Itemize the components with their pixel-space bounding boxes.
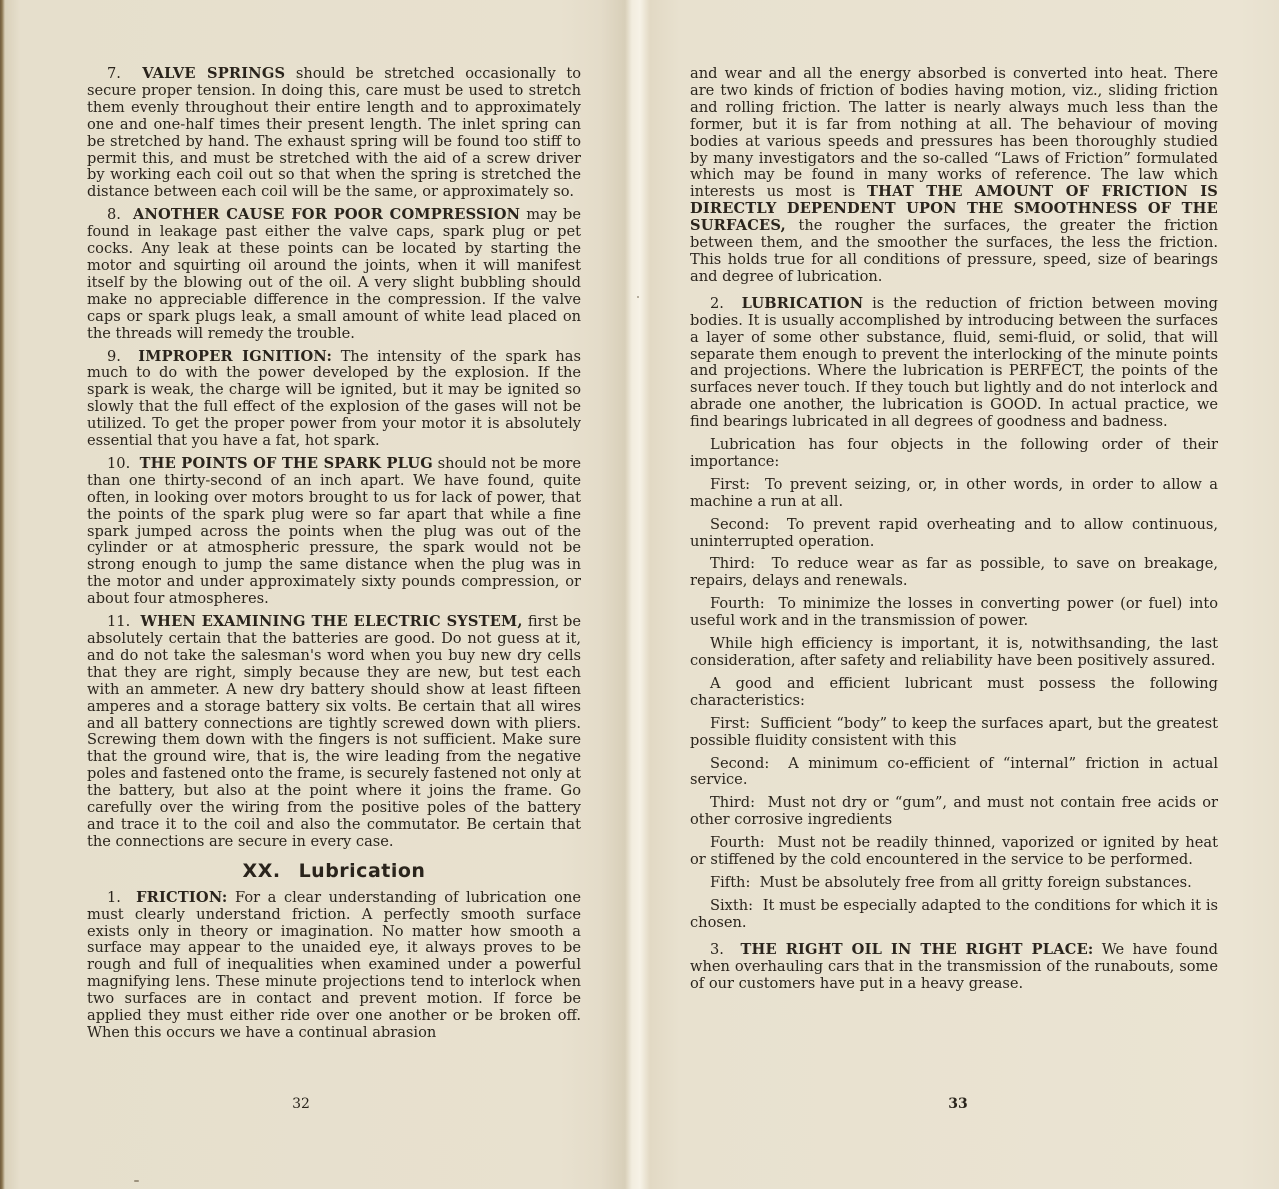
characteristic-text: A minimum co-efficient of “internal” fri… xyxy=(690,755,1218,789)
object-text: To prevent seizing, or, in other words, … xyxy=(690,476,1218,510)
paragraph-number: 11. xyxy=(107,613,130,630)
paragraph-text: should be stretched occasionally to secu… xyxy=(87,65,581,200)
characteristic-text: Must not be readily thinned, vaporized o… xyxy=(690,834,1218,868)
object-text: To prevent rapid overheating and to allo… xyxy=(690,516,1218,550)
characteristic-label: Fourth: xyxy=(710,834,765,851)
paragraph-spark-plug-points: 10. THE POINTS OF THE SPARK PLUG should … xyxy=(87,456,581,608)
object-label: Third: xyxy=(710,555,755,572)
paragraph-valve-springs: 7. VALVE SPRINGS should be stretched occ… xyxy=(87,66,581,201)
object-item: Fourth: To minimize the losses in conver… xyxy=(690,596,1218,630)
page-number-right: 33 xyxy=(928,1096,988,1112)
paragraph-efficiency-note: While high efficiency is important, it i… xyxy=(690,636,1218,670)
paragraph-text: may be found in leakage past either the … xyxy=(87,206,581,341)
paragraph-number: 1. xyxy=(107,889,121,906)
chapter-title: XX.Lubrication xyxy=(87,863,581,880)
object-item: First: To prevent seizing, or, in other … xyxy=(690,477,1218,511)
characteristic-item: Sixth: It must be especially adapted to … xyxy=(690,898,1218,932)
page-number-left: 32 xyxy=(271,1096,331,1112)
characteristic-item: Fourth: Must not be readily thinned, vap… xyxy=(690,835,1218,869)
paragraph-text: is the reduction of friction between mov… xyxy=(690,295,1218,430)
paragraph-heading: FRICTION: xyxy=(136,889,227,906)
paragraph-number: 8. xyxy=(107,206,121,223)
paragraph-number: 10. xyxy=(107,455,130,472)
paragraph-number: 7. xyxy=(107,65,121,82)
paragraph-lubrication: 2. LUBRICATION is the reduction of frict… xyxy=(690,296,1218,431)
object-text: To reduce wear as far as possible, to sa… xyxy=(690,555,1218,589)
paragraph-heading: IMPROPER IGNITION: xyxy=(138,348,332,365)
paragraph-heading: THE RIGHT OIL IN THE RIGHT PLACE: xyxy=(740,941,1093,958)
characteristic-item: Third: Must not dry or “gum”, and must n… xyxy=(690,795,1218,829)
chapter-name: Lubrication xyxy=(299,860,426,882)
paragraph-friction: 1. FRICTION: For a clear understanding o… xyxy=(87,890,581,1042)
paragraph-heading: VALVE SPRINGS xyxy=(142,65,285,82)
object-item: Third: To reduce wear as far as possible… xyxy=(690,556,1218,590)
paper-speck xyxy=(637,296,639,298)
object-text: To minimize the losses in converting pow… xyxy=(690,595,1218,629)
characteristic-label: First: xyxy=(710,715,750,732)
left-page: 7. VALVE SPRINGS should be stretched occ… xyxy=(87,66,581,1048)
paragraph-electric-system: 11. WHEN EXAMINING THE ELECTRIC SYSTEM, … xyxy=(87,614,581,851)
characteristic-label: Second: xyxy=(710,755,769,772)
characteristic-item: Fifth: Must be absolutely free from all … xyxy=(690,875,1218,892)
paragraph-number: 3. xyxy=(710,941,724,958)
characteristic-label: Fifth: xyxy=(710,874,750,891)
paragraph-heading: ANOTHER CAUSE FOR POOR COMPRESSION xyxy=(133,206,520,223)
paragraph-objects-intro: Lubrication has four objects in the foll… xyxy=(690,437,1218,471)
characteristic-item: First: Sufficient “body” to keep the sur… xyxy=(690,716,1218,750)
paragraph-friction-continued: and wear and all the energy absorbed is … xyxy=(690,66,1218,286)
paragraph-poor-compression: 8. ANOTHER CAUSE FOR POOR COMPRESSION ma… xyxy=(87,207,581,342)
paragraph-text: and wear and all the energy absorbed is … xyxy=(690,65,1218,200)
paragraph-improper-ignition: 9. IMPROPER IGNITION: The intensity of t… xyxy=(87,349,581,450)
paragraph-number: 9. xyxy=(107,348,121,365)
characteristic-item: Second: A minimum co-efficient of “inter… xyxy=(690,756,1218,790)
object-label: First: xyxy=(710,476,750,493)
paragraph-number: 2. xyxy=(710,295,724,312)
paragraph-heading: LUBRICATION xyxy=(742,295,864,312)
paragraph-heading: WHEN EXAMINING THE ELECTRIC SYSTEM, xyxy=(141,613,523,630)
paragraph-text: first be absolutely certain that the bat… xyxy=(87,613,581,850)
book-spread: 7. VALVE SPRINGS should be stretched occ… xyxy=(0,0,1279,1189)
paragraph-right-oil: 3. THE RIGHT OIL IN THE RIGHT PLACE: We … xyxy=(690,942,1218,993)
right-page: and wear and all the energy absorbed is … xyxy=(690,66,1218,998)
characteristic-label: Sixth: xyxy=(710,897,753,914)
object-label: Second: xyxy=(710,516,769,533)
chapter-number: XX. xyxy=(243,860,281,882)
characteristic-text: Must be absolutely free from all gritty … xyxy=(760,874,1192,891)
paper-speck xyxy=(134,1180,139,1182)
paragraph-text: should not be more than one thirty-secon… xyxy=(87,455,581,607)
characteristic-text: Must not dry or “gum”, and must not cont… xyxy=(690,794,1218,828)
paragraph-characteristics-intro: A good and efficient lubricant must poss… xyxy=(690,676,1218,710)
characteristic-text: Sufficient “body” to keep the surfaces a… xyxy=(690,715,1218,749)
object-label: Fourth: xyxy=(710,595,765,612)
characteristic-label: Third: xyxy=(710,794,755,811)
paragraph-text: For a clear understanding of lubrication… xyxy=(87,889,581,1041)
object-item: Second: To prevent rapid overheating and… xyxy=(690,517,1218,551)
characteristic-text: It must be especially adapted to the con… xyxy=(690,897,1218,931)
paragraph-heading: THE POINTS OF THE SPARK PLUG xyxy=(140,455,433,472)
